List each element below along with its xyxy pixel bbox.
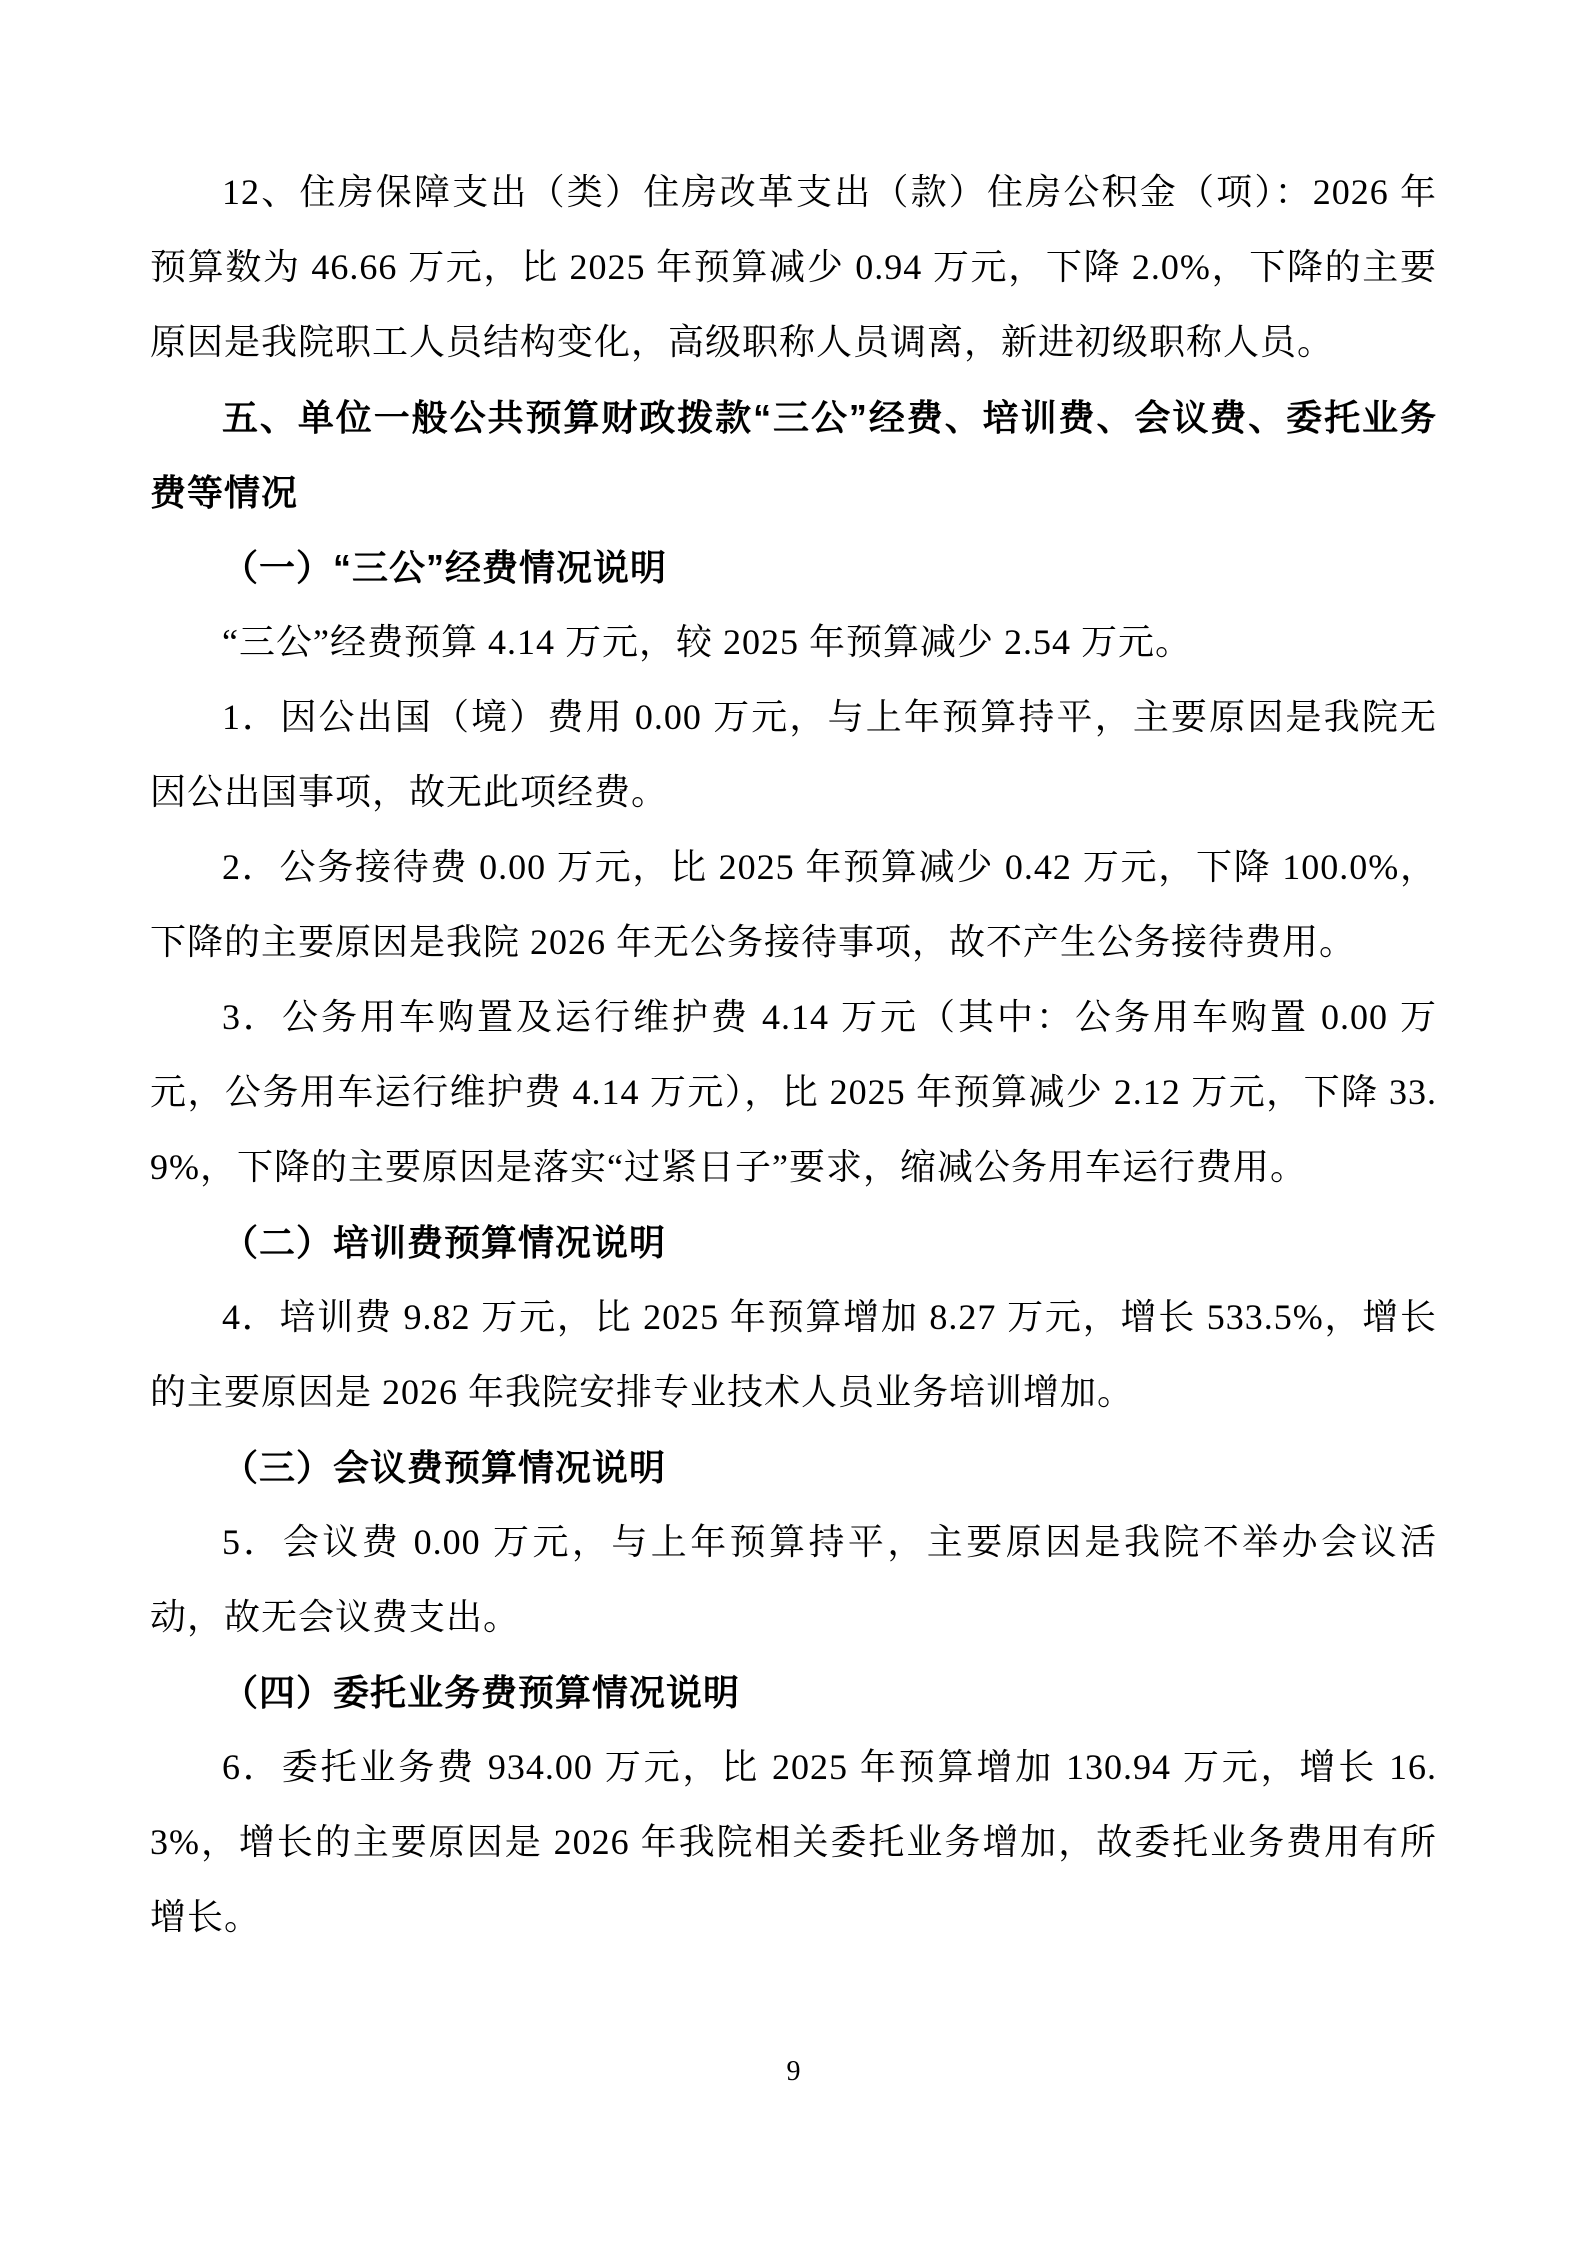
- page-number: 9: [0, 2057, 1587, 2087]
- subsection-heading-sangong: （一）“三公”经费情况说明: [150, 530, 1437, 605]
- subsection-heading-training: （二）培训费预算情况说明: [150, 1205, 1437, 1280]
- section-heading-five: 五、单位一般公共预算财政拨款“三公”经费、培训费、会议费、委托业务费等情况: [150, 380, 1437, 530]
- paragraph-housing-fund: 12、住房保障支出（类）住房改革支出（款）住房公积金（项）：2026 年预算数为…: [150, 155, 1437, 380]
- paragraph-overseas-travel: 1．因公出国（境）费用 0.00 万元，与上年预算持平，主要原因是我院无因公出国…: [150, 680, 1437, 830]
- document-page: 12、住房保障支出（类）住房改革支出（款）住房公积金（项）：2026 年预算数为…: [0, 0, 1587, 2245]
- paragraph-entrusted-business: 6．委托业务费 934.00 万元，比 2025 年预算增加 130.94 万元…: [150, 1730, 1437, 1955]
- paragraph-official-vehicle: 3．公务用车购置及运行维护费 4.14 万元（其中：公务用车购置 0.00 万元…: [150, 980, 1437, 1205]
- paragraph-meeting-fee: 5．会议费 0.00 万元，与上年预算持平，主要原因是我院不举办会议活动，故无会…: [150, 1505, 1437, 1655]
- subsection-heading-meeting: （三）会议费预算情况说明: [150, 1430, 1437, 1505]
- paragraph-sangong-summary: “三公”经费预算 4.14 万元，较 2025 年预算减少 2.54 万元。: [150, 605, 1437, 680]
- paragraph-training-fee: 4．培训费 9.82 万元，比 2025 年预算增加 8.27 万元，增长 53…: [150, 1280, 1437, 1430]
- subsection-heading-entrusted: （四）委托业务费预算情况说明: [150, 1655, 1437, 1730]
- paragraph-official-reception: 2．公务接待费 0.00 万元，比 2025 年预算减少 0.42 万元，下降 …: [150, 830, 1437, 980]
